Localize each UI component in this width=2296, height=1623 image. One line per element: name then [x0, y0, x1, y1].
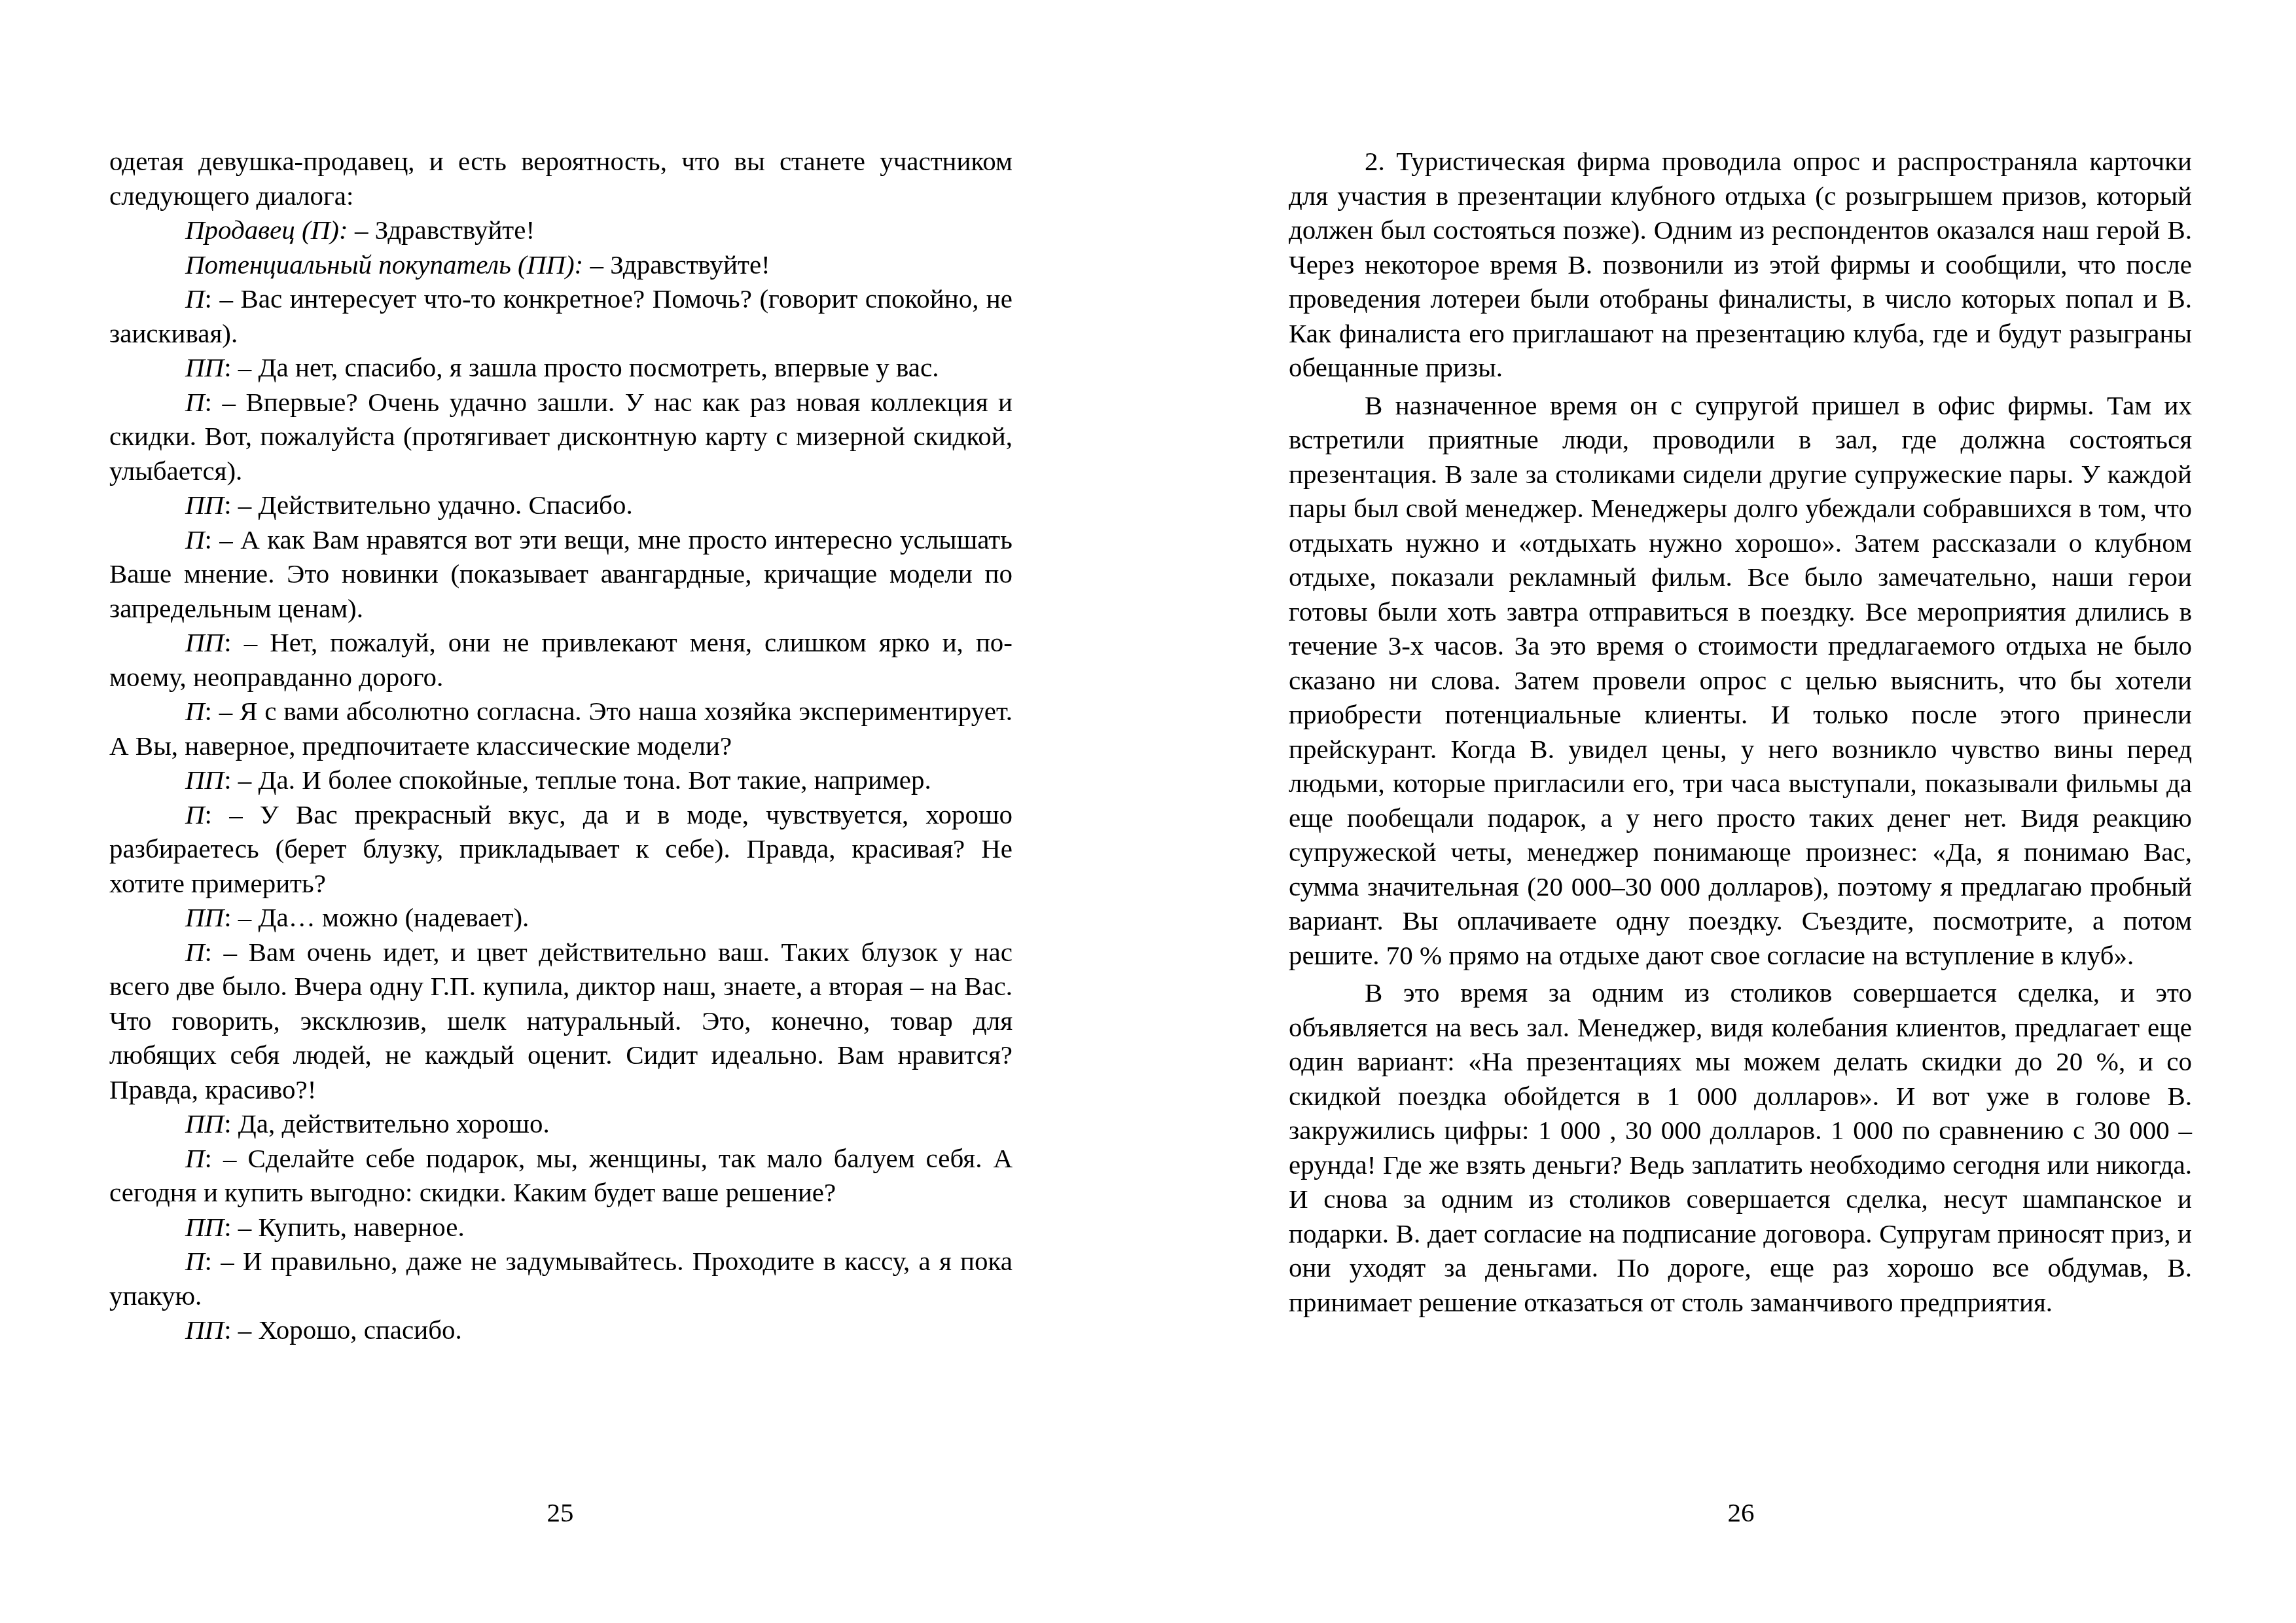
- speaker-label: Потенциальный покупатель (ПП):: [185, 249, 583, 280]
- paragraph: одетая девушка-продавец, и есть вероятно…: [109, 144, 1013, 213]
- speaker-label: ПП: [185, 1315, 224, 1345]
- speaker-label: П: [185, 387, 205, 417]
- dialogue-text: : – Хорошо, спасибо.: [224, 1315, 462, 1345]
- speaker-label: П: [185, 937, 205, 967]
- dialogue-text: : – Вам очень идет, и цвет действительно…: [109, 937, 1013, 1104]
- dialogue-text: : – Да нет, спасибо, я зашла просто посм…: [224, 352, 939, 382]
- dialogue-text: : – Сделайте себе подарок, мы, женщины, …: [109, 1143, 1013, 1208]
- dialogue-line: ПП: – Действительно удачно. Спасибо.: [109, 488, 1013, 522]
- speaker-label: ПП: [185, 902, 224, 932]
- dialogue-text: : – Действительно удачно. Спасибо.: [224, 490, 633, 520]
- dialogue-line: П: – Я с вами абсолютно согласна. Это на…: [109, 694, 1013, 763]
- dialogue-line: П: – У Вас прекрасный вкус, да и в моде,…: [109, 797, 1013, 901]
- speaker-label: ПП: [185, 490, 224, 520]
- left-page: одетая девушка-продавец, и есть вероятно…: [109, 144, 1013, 1347]
- speaker-label: ПП: [185, 765, 224, 795]
- dialogue-line: П: – Впервые? Очень удачно зашли. У нас …: [109, 385, 1013, 488]
- paragraph: 2. Туристическая фирма проводила опрос и…: [1289, 144, 2192, 385]
- dialogue-line: Продавец (П): – Здравствуйте!: [109, 213, 1013, 247]
- speaker-label: П: [185, 1143, 205, 1173]
- page-number: 26: [1676, 1495, 1806, 1529]
- dialogue-line: ПП: – Да… можно (надевает).: [109, 900, 1013, 935]
- speaker-label: П: [185, 1246, 205, 1276]
- dialogue-text: : Да, действительно хорошо.: [224, 1108, 549, 1139]
- paragraph: В назначенное время он с супругой пришел…: [1289, 388, 2192, 973]
- dialogue-line: ПП: – Нет, пожалуй, они не привлекают ме…: [109, 625, 1013, 694]
- speaker-label: ПП: [185, 1108, 224, 1139]
- dialogue-line: П: – А как Вам нравятся вот эти вещи, мн…: [109, 522, 1013, 626]
- speaker-label: ПП: [185, 627, 224, 657]
- speaker-label: П: [185, 696, 205, 726]
- dialogue-text: : – Да… можно (надевает).: [224, 902, 529, 932]
- dialogue-text: : – Я с вами абсолютно согласна. Это наш…: [109, 696, 1013, 761]
- dialogue-text: – Здравствуйте!: [583, 249, 770, 280]
- speaker-label: П: [185, 283, 205, 314]
- dialogue-line: П: – Вам очень идет, и цвет действительн…: [109, 935, 1013, 1107]
- dialogue-line: ПП: – Да. И более спокойные, теплые тона…: [109, 763, 1013, 797]
- dialogue-text: : – Нет, пожалуй, они не привлекают меня…: [109, 627, 1013, 692]
- dialogue-line: Потенциальный покупатель (ПП): – Здравст…: [109, 247, 1013, 282]
- dialogue-line: ПП: Да, действительно хорошо.: [109, 1106, 1013, 1141]
- dialogue-text: – Здравствуйте!: [348, 215, 535, 245]
- speaker-label: ПП: [185, 1212, 224, 1242]
- speaker-label: Продавец (П):: [185, 215, 348, 245]
- page-number: 25: [495, 1495, 626, 1529]
- right-page: 2. Туристическая фирма проводила опрос и…: [1289, 144, 2192, 1319]
- speaker-label: П: [185, 524, 205, 555]
- dialogue-text: : – Вас интересует что-то конкретное? По…: [109, 283, 1013, 348]
- dialogue-line: П: – И правильно, даже не задумывайтесь.…: [109, 1244, 1013, 1313]
- dialogue-line: ПП: – Да нет, спасибо, я зашла просто по…: [109, 350, 1013, 385]
- speaker-label: ПП: [185, 352, 224, 382]
- dialogue-text: : – У Вас прекрасный вкус, да и в моде, …: [109, 799, 1013, 898]
- dialogue-text: : – И правильно, даже не задумывайтесь. …: [109, 1246, 1013, 1311]
- dialogue-text: : – А как Вам нравятся вот эти вещи, мне…: [109, 524, 1013, 623]
- dialogue-text: : – Купить, наверное.: [224, 1212, 465, 1242]
- dialogue-line: ПП: – Купить, наверное.: [109, 1210, 1013, 1245]
- dialogue-text: : – Да. И более спокойные, теплые тона. …: [224, 765, 931, 795]
- speaker-label: П: [185, 799, 205, 830]
- dialogue-line: ПП: – Хорошо, спасибо.: [109, 1313, 1013, 1347]
- paragraph: В это время за одним из столиков соверша…: [1289, 976, 2192, 1319]
- paragraph-text: одетая девушка-продавец, и есть вероятно…: [109, 146, 1013, 211]
- dialogue-line: П: – Вас интересует что-то конкретное? П…: [109, 282, 1013, 350]
- dialogue-text: : – Впервые? Очень удачно зашли. У нас к…: [109, 387, 1013, 486]
- dialogue-line: П: – Сделайте себе подарок, мы, женщины,…: [109, 1141, 1013, 1210]
